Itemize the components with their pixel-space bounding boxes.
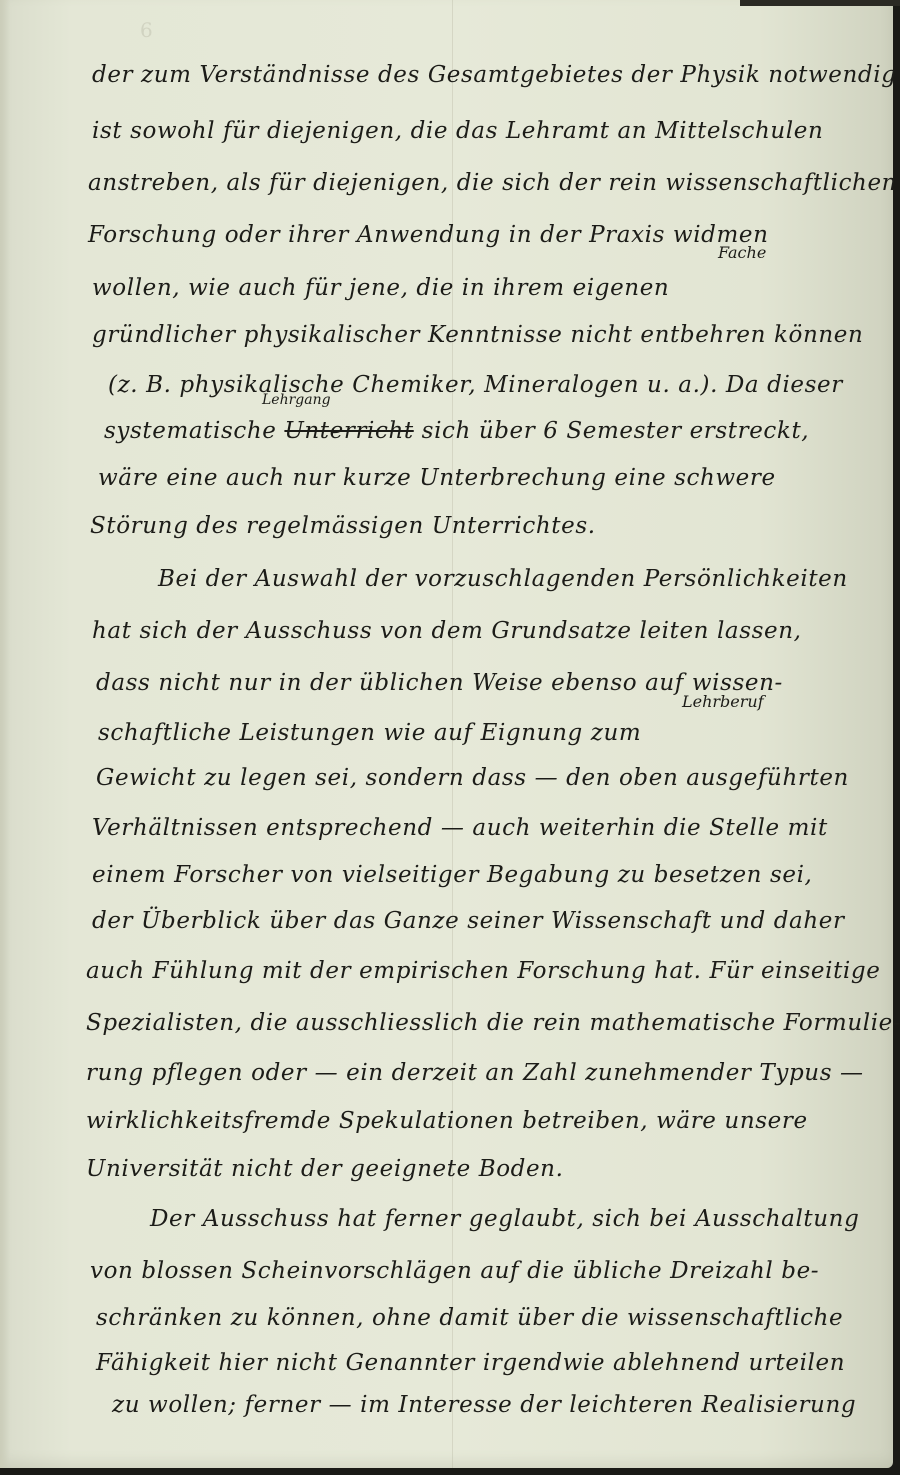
inserted-correction: Lehrgang — [262, 392, 331, 408]
text-line-23: Universität nicht der geeignete Boden. — [86, 1156, 564, 1182]
text-line-2: ist sowohl für diejenigen, die das Lehra… — [92, 118, 823, 144]
page-left-edge-shadow — [0, 0, 10, 1468]
text-line-21: rung pflegen oder — ein derzeit an Zahl … — [86, 1060, 864, 1086]
text-line-1: der zum Verständnisse des Gesamtgebietes… — [92, 62, 852, 88]
text-line-14: schaftliche Leistungen wie auf Eignung z… — [98, 720, 641, 746]
text-line-16: Verhältnissen entsprechend — auch weiter… — [92, 815, 828, 841]
text-line-9: wäre eine auch nur kurze Unterbrechung e… — [98, 465, 776, 491]
text-line-8-before: systematische — [104, 418, 284, 444]
text-line-20: Spezialisten, die ausschliesslich die re… — [86, 1010, 900, 1036]
text-line-18: der Überblick über das Ganze seiner Wiss… — [92, 908, 845, 934]
text-line-19: auch Fühlung mit der empirischen Forschu… — [86, 958, 880, 984]
text-line-26: schränken zu können, ohne damit über die… — [96, 1305, 843, 1331]
text-line-10: Störung des regelmässigen Unterrichtes. — [90, 513, 596, 539]
text-line-11: Bei der Auswahl der vorzuschlagenden Per… — [158, 566, 848, 592]
text-line-4: Forschung oder ihrer Anwendung in der Pr… — [88, 222, 769, 248]
page-top-right-dark-edge — [740, 0, 900, 6]
text-line-14-superscript: Lehrberuf — [682, 692, 764, 711]
text-line-24: Der Ausschuss hat ferner geglaubt, sich … — [150, 1206, 859, 1232]
text-line-5-main: wollen, wie auch für jene, die in ihrem … — [92, 275, 669, 301]
text-line-8: systematische Unterricht sich über 6 Sem… — [104, 418, 809, 444]
text-line-15: Gewicht zu legen sei, sondern dass — den… — [96, 765, 849, 791]
text-line-13: dass nicht nur in der üblichen Weise ebe… — [96, 670, 783, 696]
text-line-7: (z. B. physikalische Chemiker, Mineralog… — [108, 372, 843, 398]
manuscript-page: 6 der zum Verständnisse des Gesamtgebiet… — [0, 0, 893, 1468]
text-line-8-after: sich über 6 Semester erstreckt, — [414, 418, 809, 444]
text-line-25: von blossen Scheinvorschlägen auf die üb… — [90, 1258, 819, 1284]
text-line-12: hat sich der Ausschuss von dem Grundsatz… — [92, 618, 802, 644]
text-line-22: wirklichkeitsfremde Spekulationen betrei… — [86, 1108, 808, 1134]
text-line-5-superscript: Fache — [718, 243, 766, 262]
faint-page-number: 6 — [140, 18, 153, 42]
struck-word: Unterricht — [284, 418, 413, 444]
text-line-5: wollen, wie auch für jene, die in ihrem … — [92, 275, 669, 301]
text-line-14-main: schaftliche Leistungen wie auf Eignung z… — [98, 720, 641, 746]
text-line-3: anstreben, als für diejenigen, die sich … — [88, 170, 897, 196]
text-line-28: zu wollen; ferner — im Interesse der lei… — [112, 1392, 856, 1418]
text-line-6: gründlicher physikalischer Kenntnisse ni… — [92, 322, 863, 348]
text-line-17: einem Forscher von vielseitiger Begabung… — [92, 862, 812, 888]
text-line-27: Fähigkeit hier nicht Genannter irgendwie… — [96, 1350, 845, 1376]
